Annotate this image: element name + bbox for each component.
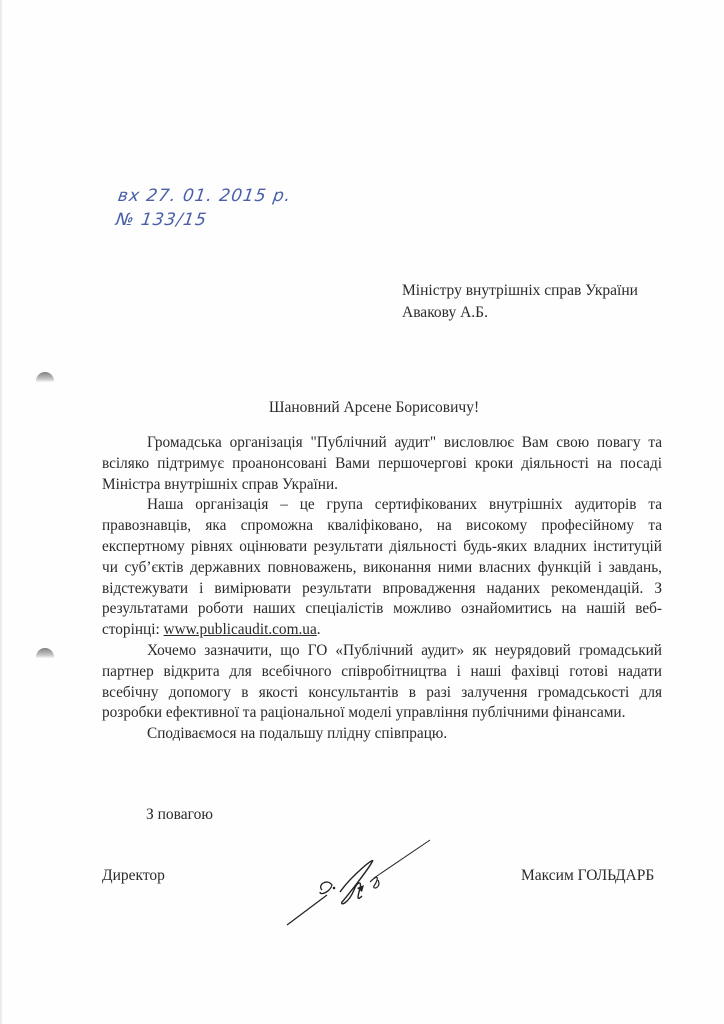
punch-hole-mark bbox=[36, 648, 54, 658]
paragraph-3: Хочемо зазначити, що ГО «Публічний аудит… bbox=[102, 641, 662, 724]
letter-body: Громадська організація "Публічний аудит"… bbox=[102, 433, 662, 745]
addressee-name: Авакову А.Б. bbox=[402, 302, 638, 324]
salutation: Шановний Арсене Борисовичу! bbox=[2, 398, 724, 419]
addressee-block: Міністру внутрішніх справ України Аваков… bbox=[402, 280, 638, 324]
paragraph-4: Сподіваємося на подальшу плідну співпрац… bbox=[102, 724, 662, 745]
handwritten-registration-date: вх 27. 01. 2015 р. bbox=[117, 186, 293, 206]
paragraph-2-text: Наша організація – це група сертифікован… bbox=[102, 496, 662, 638]
letter-page: вх 27. 01. 2015 р. № 133/15 Міністру вну… bbox=[0, 0, 724, 1024]
closing-phrase: З повагою bbox=[146, 805, 213, 826]
addressee-position: Міністру внутрішніх справ України bbox=[402, 280, 638, 302]
paragraph-2-end: . bbox=[317, 621, 321, 638]
signer-title: Директор bbox=[102, 866, 165, 887]
handwritten-registration-number: № 133/15 bbox=[115, 210, 209, 230]
punch-hole-mark bbox=[36, 372, 54, 382]
paragraph-2: Наша організація – це група сертифікован… bbox=[102, 495, 662, 641]
signer-name: Максим ГОЛЬДАРБ bbox=[521, 866, 654, 887]
paragraph-1: Громадська організація "Публічний аудит"… bbox=[102, 433, 662, 495]
website-link[interactable]: www.publicaudit.com.ua bbox=[164, 621, 317, 638]
handwritten-signature-icon bbox=[282, 830, 432, 930]
